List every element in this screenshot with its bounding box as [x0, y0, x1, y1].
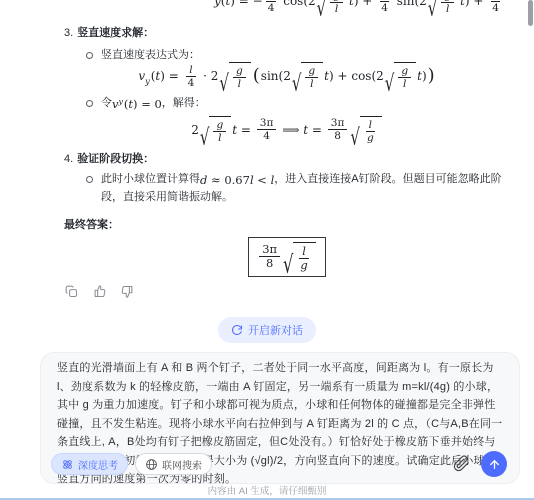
new-chat-label: 开启新对话 [248, 322, 303, 338]
globe-icon [145, 458, 158, 471]
chat-area: y(t) = −l4 cos(2√glt) + l4 sin(2√glt) + … [0, 0, 534, 299]
formula-vy: vy(t) = l4 · 2√gl(sin(2√glt) + cos(2√glt… [64, 62, 510, 90]
deep-think-toggle[interactable]: 深度思考 [51, 453, 128, 475]
paperclip-icon [453, 455, 470, 472]
list-title: 竖直速度求解： [77, 27, 154, 39]
list-item-4: 4.验证阶段切换： [64, 151, 510, 167]
refresh-icon [231, 324, 243, 336]
composer: 竖直的光滑墙面上有 A 和 B 两个钉子，二者处于同一水平高度，间距离为 l。有… [40, 352, 520, 484]
bullet-text: 竖直速度表达式为： [101, 47, 200, 63]
web-search-toggle[interactable]: 联网搜索 [135, 453, 212, 475]
list-item-3: 3.竖直速度求解： [64, 25, 510, 41]
deep-think-label: 深度思考 [78, 457, 118, 472]
answer-box: 3π8√lg [248, 237, 325, 277]
bullet-vy-expression: 竖直速度表达式为： [64, 47, 510, 63]
bullet-icon [86, 100, 93, 107]
list-number: 4. [64, 153, 73, 165]
formula-t-solution: 2√glt = 3π4 ⟹ t = 3π8√lg [64, 116, 510, 144]
composer-right-actions [453, 451, 507, 477]
thumbs-down-icon[interactable] [120, 284, 135, 299]
assistant-message: y(t) = −l4 cos(2√glt) + l4 sin(2√glt) + … [0, 0, 534, 299]
arrow-up-icon [488, 458, 501, 471]
ai-disclaimer: 内容由 AI 生成，请仔细甄别 [0, 483, 534, 497]
attach-button[interactable] [453, 455, 471, 473]
bullet-solve: 令vy(t) = 0，解得： [64, 95, 510, 112]
web-search-label: 联网搜索 [162, 457, 202, 472]
bullet-icon [86, 176, 93, 183]
chat-window: y(t) = −l4 cos(2√glt) + l4 sin(2√glt) + … [0, 0, 534, 500]
formula-y-position: y(t) = −l4 cos(2√glt) + l4 sin(2√glt) + … [136, 0, 534, 15]
deepthink-icon [61, 458, 74, 471]
bullet-text: 此时小球位置计算得d ≈ 0.67l < l，进入直接连接A钉阶段。但题目可能忽… [101, 171, 510, 206]
copy-icon[interactable] [64, 284, 79, 299]
list-title: 验证阶段切换： [77, 153, 154, 165]
bullet-phase-check: 此时小球位置计算得d ≈ 0.67l < l，进入直接连接A钉阶段。但题目可能忽… [64, 171, 510, 206]
list-number: 3. [64, 27, 73, 39]
message-actions [64, 284, 510, 299]
send-button[interactable] [481, 451, 507, 477]
final-answer-formula: 3π8√lg [64, 237, 510, 277]
bullet-icon [86, 52, 93, 59]
composer-toolbar: 深度思考 联网搜索 [51, 451, 507, 477]
new-chat-button[interactable]: 开启新对话 [218, 317, 316, 343]
thumbs-up-icon[interactable] [92, 284, 107, 299]
scrollbar-thumb[interactable] [528, 0, 533, 26]
bullet-text: 令vy(t) = 0，解得： [101, 95, 206, 112]
